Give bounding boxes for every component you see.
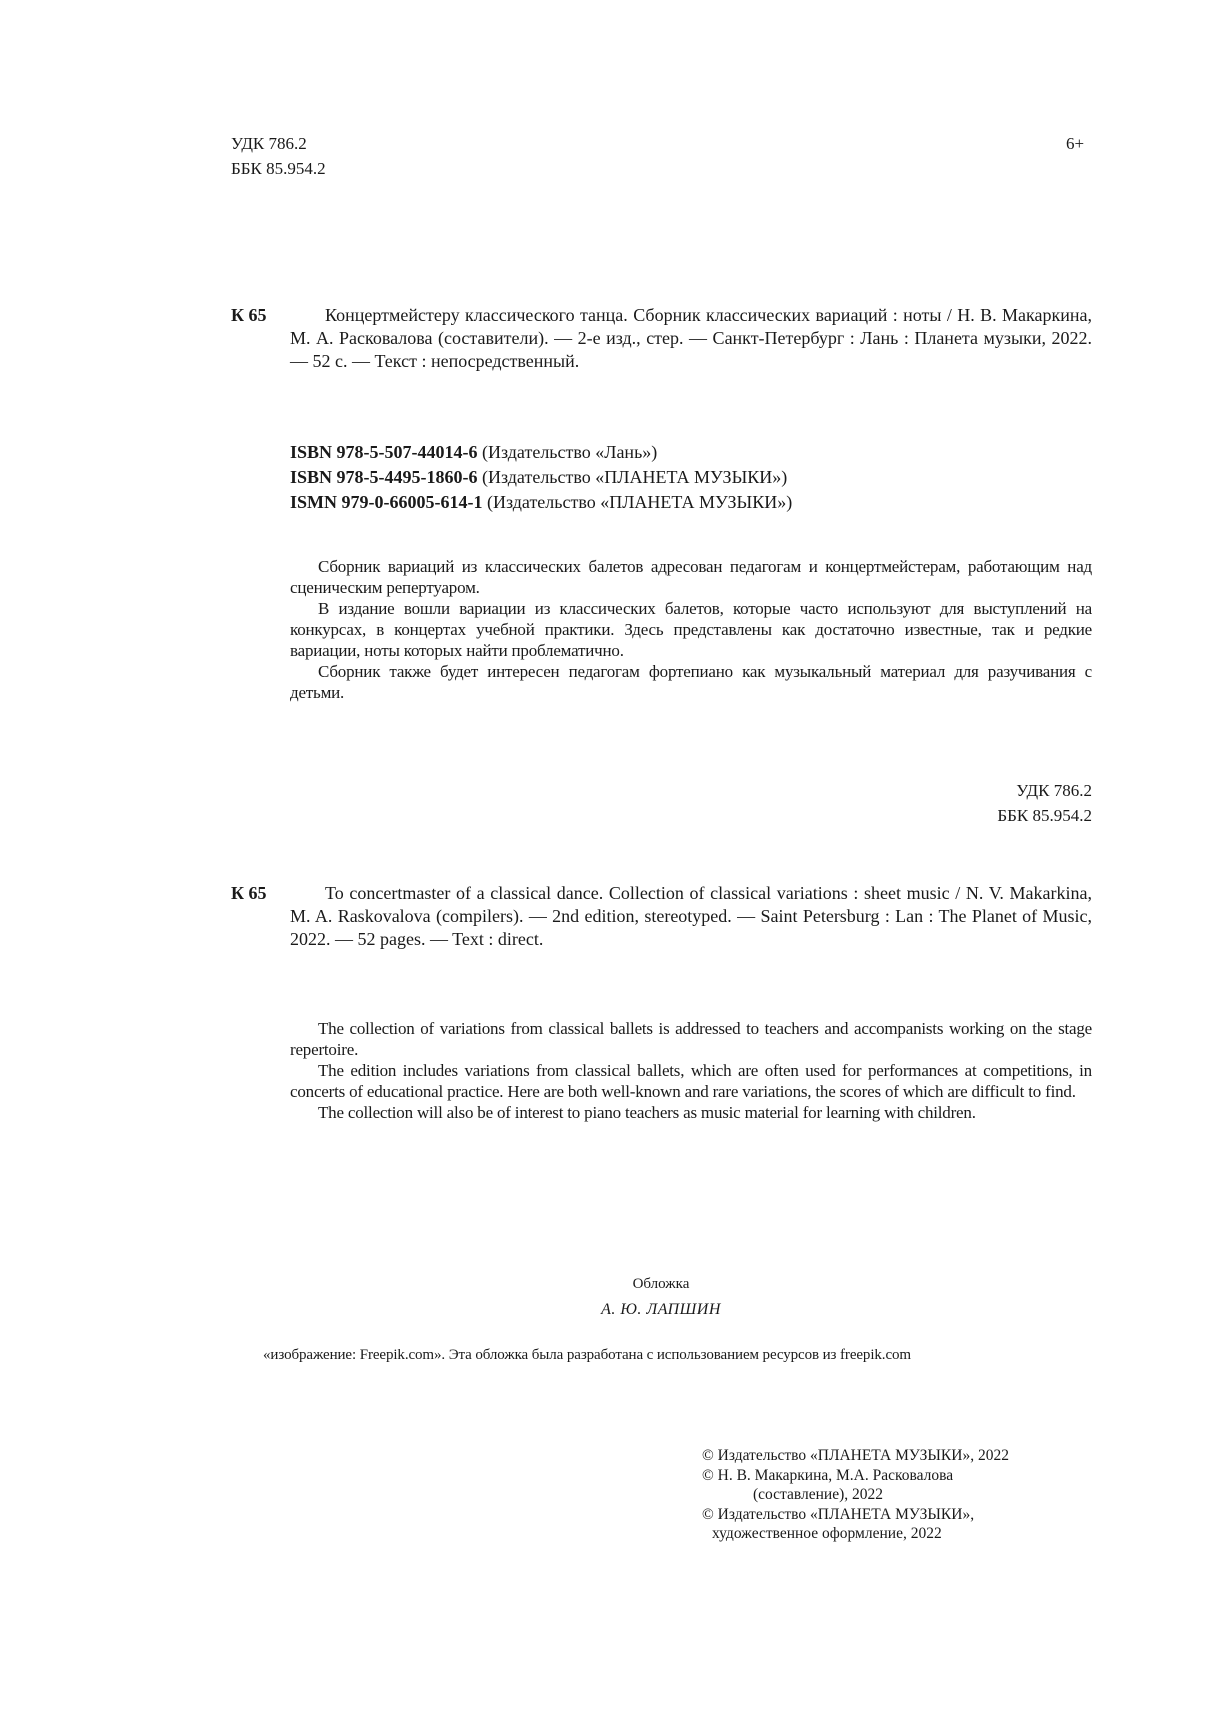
- copyright-block: © Издательство «ПЛАНЕТА МУЗЫКИ», 2022 © …: [702, 1446, 1009, 1544]
- udk-code: УДК 786.2: [997, 778, 1092, 803]
- ismn-line: ISMN 979-0-66005-614-1 (Издательство «ПЛ…: [290, 490, 792, 515]
- annotation-paragraph: Сборник также будет интересен педагогам …: [290, 661, 1092, 703]
- isbn-publisher: (Издательство «ПЛАНЕТА МУЗЫКИ»): [482, 467, 787, 487]
- author-sign: К 65: [231, 304, 267, 327]
- annotation-paragraph: В издание вошли вариации из классических…: [290, 598, 1092, 661]
- bibliographic-description: To concertmaster of a classical dance. C…: [290, 882, 1092, 951]
- image-credit: «изображение: Freepik.com». Эта обложка …: [263, 1347, 911, 1364]
- isbn-list: ISBN 978-5-507-44014-6 (Издательство «Ла…: [290, 440, 792, 515]
- annotation-paragraph: The edition includes variations from cla…: [290, 1060, 1092, 1102]
- cover-label: Обложка: [0, 1276, 1211, 1293]
- copyright-line: © Издательство «ПЛАНЕТА МУЗЫКИ», 2022: [702, 1446, 1009, 1466]
- age-rating: 6+: [1066, 131, 1084, 156]
- udk-code: УДК 786.2: [231, 131, 326, 156]
- copyright-line: © Н. В. Макаркина, М.А. Расковалова: [702, 1466, 1009, 1486]
- cover-designer: А. Ю. ЛАПШИН: [0, 1301, 1211, 1319]
- annotation-en: The collection of variations from classi…: [290, 1018, 1092, 1123]
- bibliographic-description: Концертмейстеру классического танца. Сбо…: [290, 304, 1092, 373]
- isbn-line: ISBN 978-5-4495-1860-6 (Издательство «ПЛ…: [290, 465, 792, 490]
- isbn-line: ISBN 978-5-507-44014-6 (Издательство «Ла…: [290, 440, 792, 465]
- classification-codes: УДК 786.2 ББК 85.954.2: [231, 131, 326, 181]
- bbk-code: ББК 85.954.2: [997, 803, 1092, 828]
- isbn-number: ISBN 978-5-507-44014-6: [290, 442, 478, 462]
- annotation-paragraph: The collection will also be of interest …: [290, 1102, 1092, 1123]
- bibliographic-entry-en: К 65 To concertmaster of a classical dan…: [231, 882, 1092, 951]
- copyright-line: (составление), 2022: [702, 1485, 1009, 1505]
- classification-codes-en: УДК 786.2 ББК 85.954.2: [997, 778, 1092, 828]
- annotation-paragraph: Сборник вариаций из классических балетов…: [290, 556, 1092, 598]
- author-sign: К 65: [231, 882, 267, 905]
- bbk-code: ББК 85.954.2: [231, 156, 326, 181]
- bibliographic-entry-ru: К 65 Концертмейстеру классического танца…: [231, 304, 1092, 373]
- copyright-line: © Издательство «ПЛАНЕТА МУЗЫКИ»,: [702, 1505, 1009, 1525]
- ismn-number: ISMN 979-0-66005-614-1: [290, 492, 482, 512]
- isbn-publisher: (Издательство «Лань»): [482, 442, 657, 462]
- annotation-ru: Сборник вариаций из классических балетов…: [290, 556, 1092, 703]
- annotation-paragraph: The collection of variations from classi…: [290, 1018, 1092, 1060]
- isbn-number: ISBN 978-5-4495-1860-6: [290, 467, 478, 487]
- ismn-publisher: (Издательство «ПЛАНЕТА МУЗЫКИ»): [487, 492, 792, 512]
- copyright-line: художественное оформление, 2022: [702, 1524, 1009, 1544]
